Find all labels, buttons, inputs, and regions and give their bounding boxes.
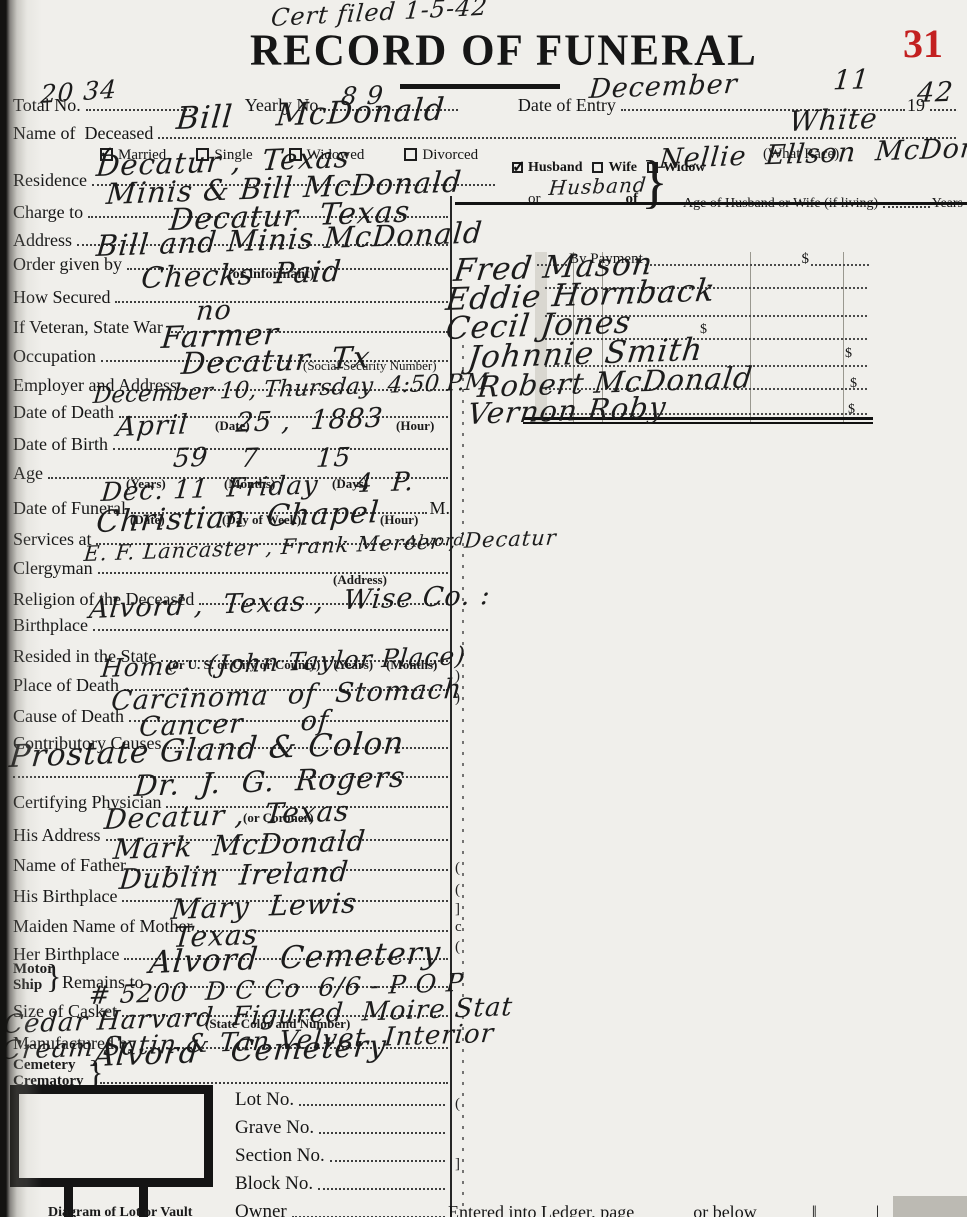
lot-diagram <box>10 1085 213 1187</box>
dotted-leader <box>318 1188 445 1190</box>
dotted-leader <box>98 572 448 574</box>
dotted-leader <box>811 264 869 266</box>
meridiem-label: M. <box>429 499 450 518</box>
dotted-leader <box>93 629 448 631</box>
field-label: His Birthplace <box>13 887 117 906</box>
field-label: How Secured <box>13 288 110 307</box>
title-underline <box>400 84 560 89</box>
checkbox-husband-label: Husband <box>528 160 582 175</box>
field-label: Clergyman <box>13 559 93 578</box>
scan-artifact: ( <box>455 939 460 956</box>
handwriting-name-value: Bill McDonald <box>175 95 446 135</box>
ship-label: Ship <box>13 978 42 994</box>
field-label: Owner <box>235 1202 287 1217</box>
ledger-text: Entered into Ledger, page <box>448 1202 634 1217</box>
field-label: Grave No. <box>235 1118 314 1138</box>
field-label: Charge to <box>13 203 83 222</box>
dotted-leader <box>883 206 930 208</box>
hour-note: (Hour) <box>380 512 418 528</box>
field-label: Name of Father <box>13 856 126 875</box>
dotted-leader <box>100 1082 448 1084</box>
handwriting-age-days: 15 <box>315 445 352 472</box>
scan-corner-strip <box>893 1196 967 1217</box>
dotted-leader <box>299 1104 445 1106</box>
dotted-leader <box>330 1160 445 1162</box>
handwriting-total-no: 20 34 <box>40 77 118 107</box>
scan-artifact: ( <box>455 1096 460 1113</box>
payment-box-rule <box>750 252 751 422</box>
checkbox-divorced <box>404 148 417 161</box>
field-label: Occupation <box>13 347 96 366</box>
dollar-sign: $ <box>845 346 852 362</box>
field-label: Address <box>13 231 72 250</box>
dotted-leader <box>319 1132 445 1134</box>
field-label: Maiden Name of Mother <box>13 917 192 936</box>
checkbox-divorced-label: Divorced <box>422 147 478 163</box>
field-label: Block No. <box>235 1174 313 1194</box>
handwriting-mother-value: Mary Lewis <box>170 889 358 924</box>
checkbox-husband <box>512 162 523 173</box>
funeral-record-scan: Cert filed 1-5-42 RECORD OF FUNERAL 31 T… <box>0 0 967 1217</box>
field-row-owner: Owner <box>235 1200 447 1217</box>
spouse-section-rule <box>455 202 967 205</box>
field-label: Cause of Death <box>13 707 124 726</box>
dotted-leader <box>115 301 448 303</box>
spouse-age-row: Age of Husband or Wife (if living) Years <box>683 190 963 212</box>
dollar-sign: $ <box>802 251 810 268</box>
handwriting-husband-of: Husband <box>548 175 648 198</box>
payment-box-rule <box>843 252 844 422</box>
handwriting-how-secured-value: Checks Paid <box>140 257 343 293</box>
page-number: 31 <box>903 20 943 67</box>
field-label: Age <box>13 464 43 483</box>
handwriting-age-years: 59 <box>172 445 209 472</box>
handwriting-clergyman-note: Alvord <box>405 532 466 550</box>
field-label: Name of Deceased <box>13 124 153 143</box>
remains-brace: } <box>46 957 61 996</box>
dotted-leader <box>113 448 448 450</box>
scan-artifact: ‖ <box>812 1202 817 1217</box>
dotted-leader <box>645 264 800 266</box>
scan-artifact: ( <box>455 882 460 899</box>
ledger-footer: Entered into Ledger, page or below ‖ | <box>448 1202 918 1217</box>
dotted-leader <box>930 109 956 111</box>
handwriting-age-months: 7 <box>240 445 260 472</box>
field-label: Residence <box>13 171 87 190</box>
dollar-sign: $ <box>848 402 855 418</box>
field-label: Section No. <box>235 1146 325 1166</box>
field-label: Birthplace <box>13 616 88 635</box>
column-divider-dotted <box>462 345 464 1209</box>
scan-artifact: ] <box>455 1156 460 1173</box>
handwriting-year: 42 <box>916 79 955 107</box>
field-label: His Address <box>13 826 101 845</box>
diagram-label: Diagram of Lot or Vault <box>48 1205 192 1217</box>
field-label: Lot No. <box>235 1090 294 1110</box>
column-divider-line <box>450 196 452 1217</box>
field-row-grave-no: Grave No. <box>235 1116 447 1138</box>
or-label: or <box>528 192 541 208</box>
dollar-sign: $ <box>850 376 857 392</box>
field-row-block-no: Block No. <box>235 1172 447 1194</box>
handwriting-race-value: White <box>788 105 879 136</box>
scan-artifact: | <box>876 1202 880 1217</box>
field-row-lot-no: Lot No. <box>235 1088 447 1110</box>
field-label: Services at <box>13 530 91 549</box>
or-below-text: or below <box>693 1202 756 1217</box>
field-label: Date of Birth <box>13 435 108 454</box>
scan-artifact: c <box>455 919 462 936</box>
page-title: RECORD OF FUNERAL <box>250 25 710 76</box>
field-row-section-no: Section No. <box>235 1144 447 1166</box>
handwriting-payer-6: Vernon Roby <box>466 393 668 429</box>
field-label: If Veteran, State War <box>13 318 163 337</box>
dotted-leader <box>86 109 191 111</box>
scan-artifact: ( <box>455 860 460 877</box>
scan-artifact: ] <box>455 901 460 918</box>
checkbox-wife <box>592 162 603 173</box>
